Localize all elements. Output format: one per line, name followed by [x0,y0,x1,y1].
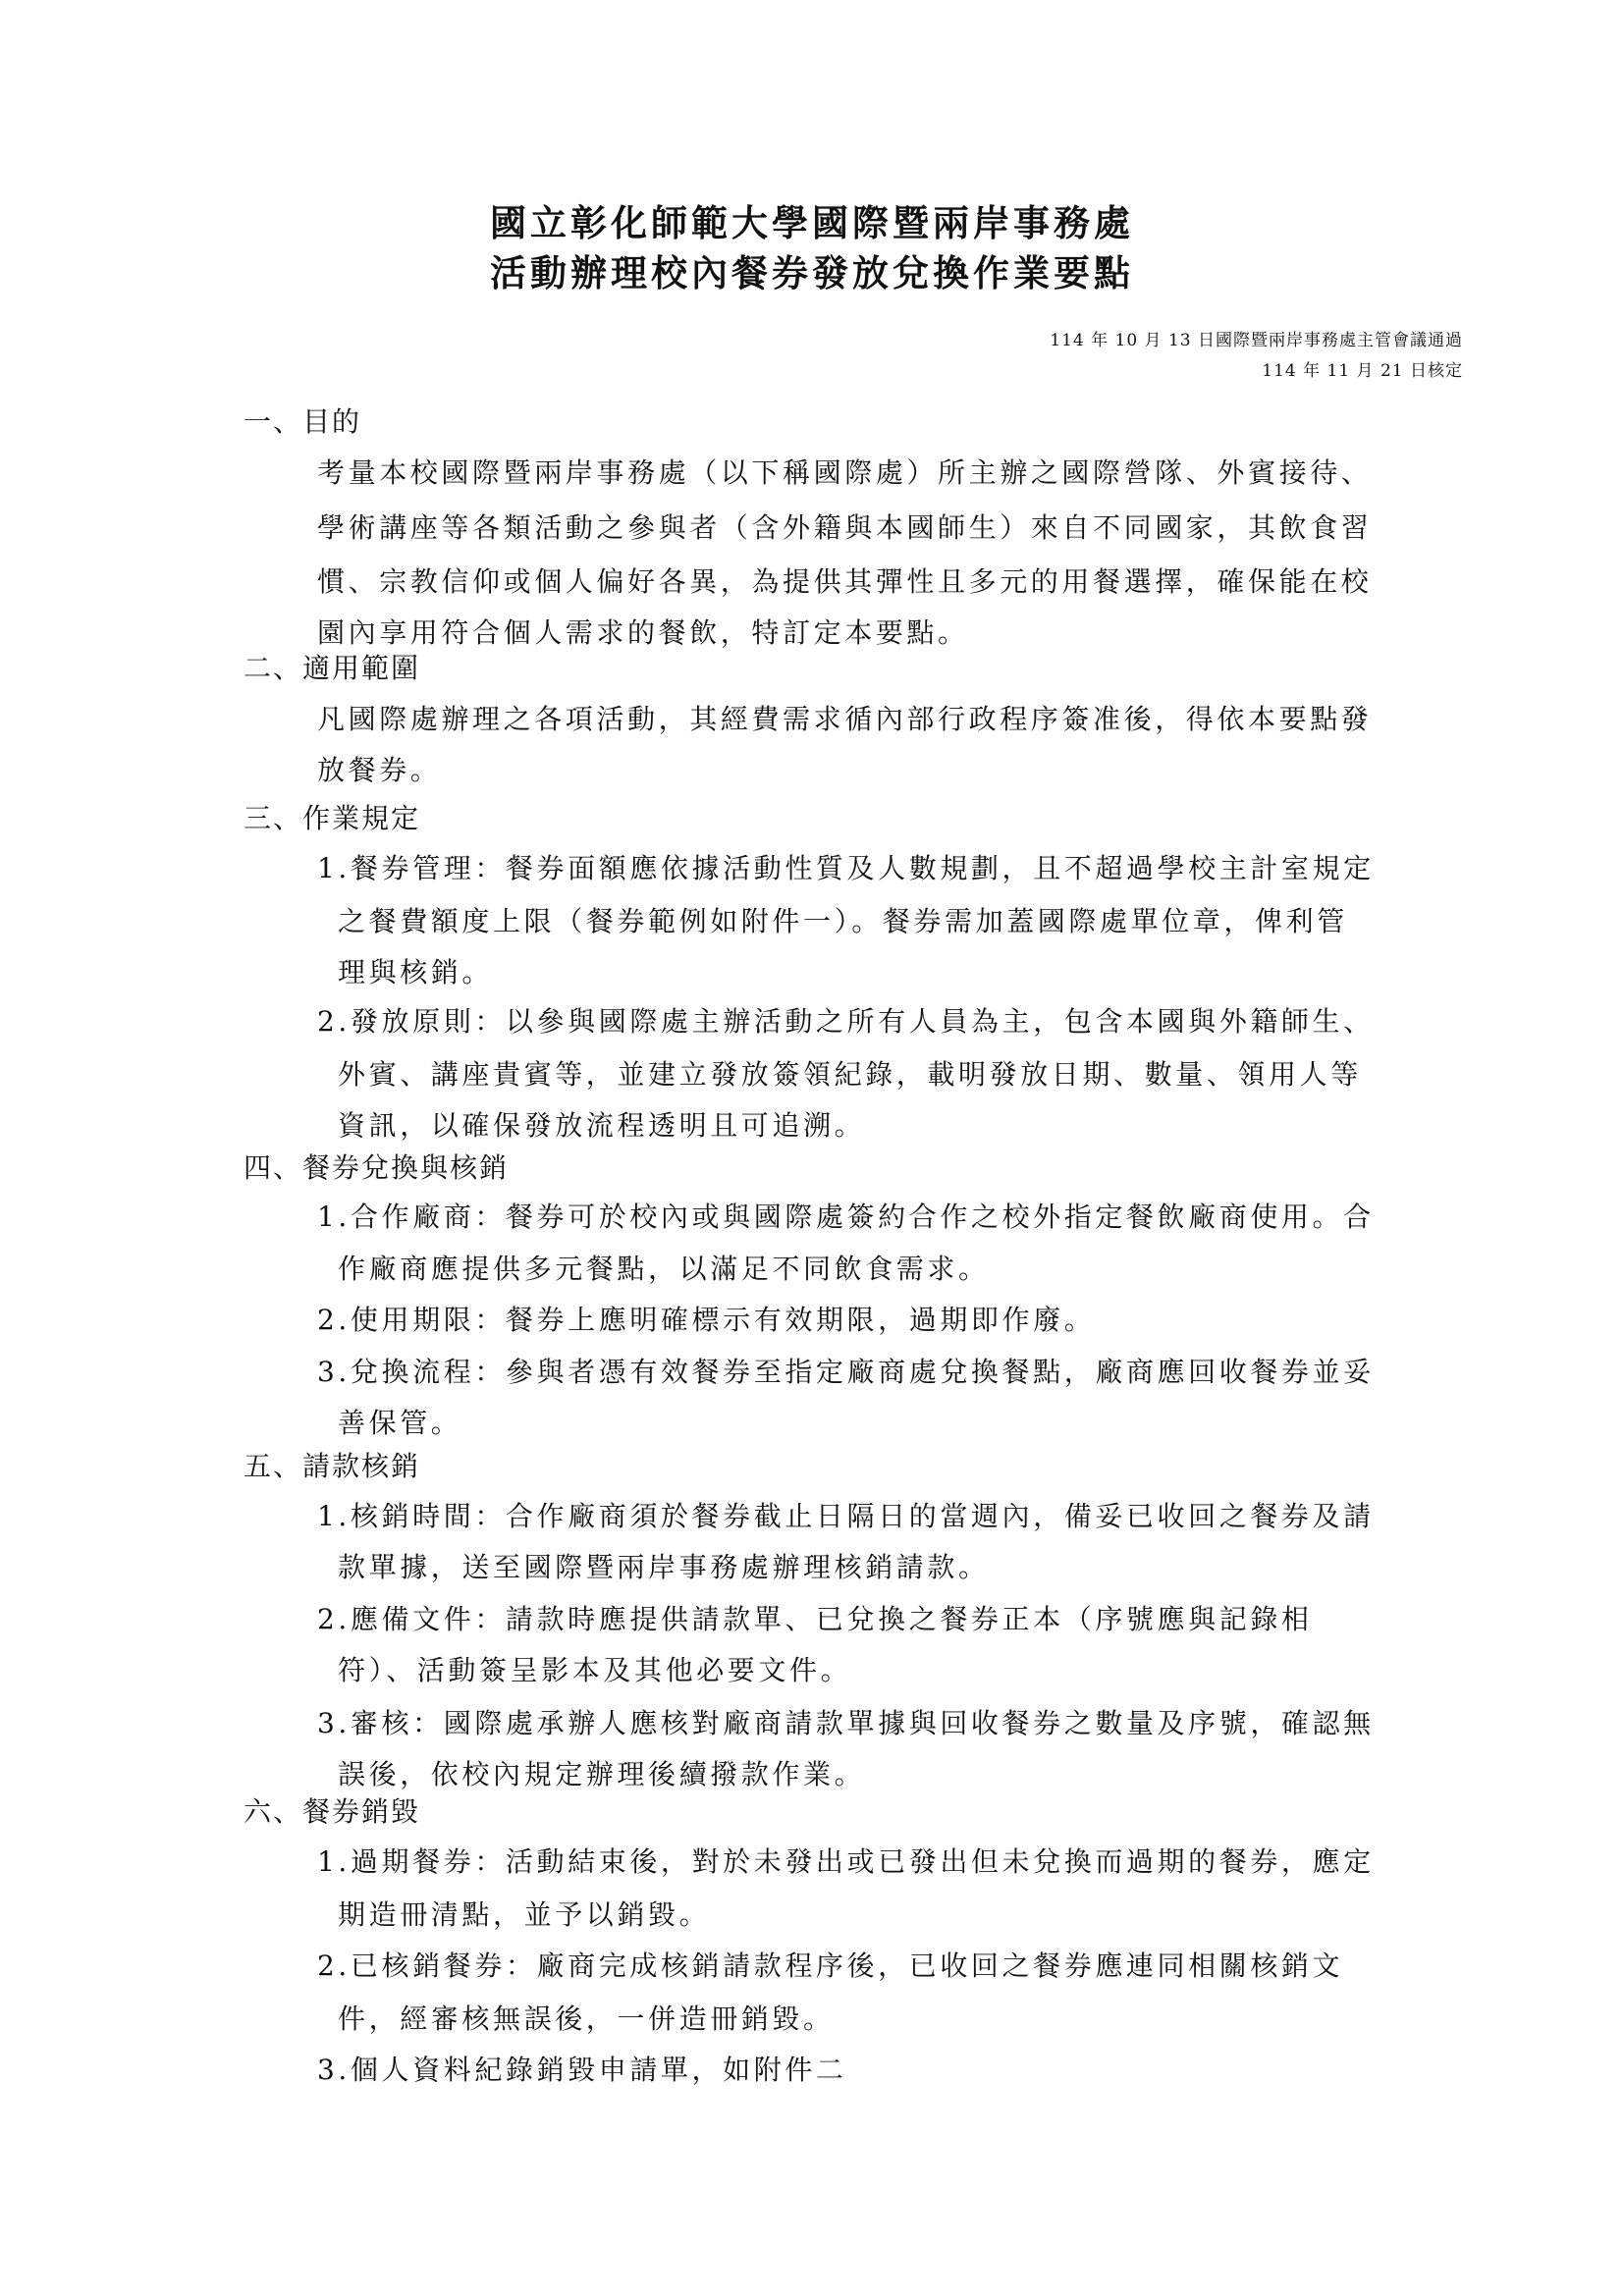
list-item-continuation: 善保管。 [338,1410,461,1437]
list-item-first-line: 3.兌換流程：參與者憑有效餐券至指定廠商處兌換餐點，廠商應回收餐券並妥 [317,1359,1375,1386]
list-item-first-line: 2.應備文件：請款時應提供請款單、已兌換之餐券正本（序號應與記錄相 [317,1606,1313,1633]
list-item-continuation: 誤後，依校內規定辦理後續撥款作業。 [338,1761,865,1789]
list-item-continuation: 理與核銷。 [338,959,493,987]
list-item-continuation: 作廠商應提供多元餐點，以滿足不同飲食需求。 [338,1255,990,1283]
section-heading-purpose: 一、目的 [244,408,361,436]
list-item-first-line: 2.發放原則：以參與國際處主辦活動之所有人員為主，包含本國與外籍師生、 [317,1008,1375,1036]
paragraph-line: 凡國際處辦理之各項活動，其經費需求循內部行政程序簽准後，得依本要點發 [317,706,1372,733]
section-heading-reimbursement: 五、請款核銷 [244,1453,420,1480]
paragraph-line: 考量本校國際暨兩岸事務處（以下稱國際處）所主辦之國際營隊、外賓接待、 [317,459,1372,487]
list-item-continuation: 符）、活動簽呈影本及其他必要文件。 [338,1657,851,1684]
list-item-continuation: 期造冊清點，並予以銷毀。 [338,1901,710,1929]
list-item-first-line: 3.審核：國際處承辦人應核對廠商請款單據與回收餐券之數量及序號，確認無 [317,1710,1375,1737]
section-heading-operations: 三、作業規定 [244,805,420,832]
list-item-continuation: 外賓、講座貴賓等，並建立發放簽領紀錄，載明發放日期、數量、領用人等 [338,1061,1362,1089]
list-item-first-line: 1.過期餐券：活動結束後，對於未發出或已發出但未兌換而過期的餐券，應定 [317,1848,1375,1876]
section-heading-scope: 二、適用範圍 [244,655,420,682]
document-title-line-1: 國立彰化師範大學國際暨兩岸事務處 [0,205,1624,241]
list-item-continuation: 件，經審核無誤後，一併造冊銷毀。 [338,2005,835,2033]
list-item-continuation: 款單據，送至國際暨兩岸事務處辦理核銷請款。 [338,1554,990,1581]
list-item-first-line: 1.核銷時間：合作廠商須於餐券截止日隔日的當週內，備妥已收回之餐券及請 [317,1503,1375,1530]
paragraph-line: 放餐券。 [317,757,441,784]
list-item-continuation: 資訊，以確保發放流程透明且可追溯。 [338,1112,865,1140]
list-item-first-line: 1.餐券管理：餐券面額應依據活動性質及人數規劃，且不超過學校主計室規定 [317,855,1375,882]
section-heading-destruction: 六、餐券銷毀 [244,1798,420,1826]
paragraph-line: 學術講座等各類活動之參與者（含外籍與本國師生）來自不同國家，其飲食習 [317,514,1372,542]
approval-date: 114 年 11 月 21 日核定 [1262,363,1463,380]
document-title-line-2: 活動辦理校內餐券發放兌換作業要點 [0,255,1624,292]
list-item-first-line: 2.已核銷餐券：廠商完成核銷請款程序後，已收回之餐券應連同相關核銷文 [317,1952,1343,1980]
paragraph-line: 慣、宗教信仰或個人偏好各異，為提供其彈性且多元的用餐選擇，確保能在校 [317,568,1372,596]
list-item-first-line: 3.個人資料紀錄銷毀申請單，如附件二 [317,2056,847,2084]
approval-meeting-date: 114 年 10 月 13 日國際暨兩岸事務處主管會議通過 [1050,333,1463,349]
paragraph-line: 園內享用符合個人需求的餐飲，特訂定本要點。 [317,619,969,647]
list-item-continuation: 之餐費額度上限（餐券範例如附件一）。餐券需加蓋國際處單位章，俾利管 [338,908,1348,935]
section-heading-exchange: 四、餐券兌換與核銷 [244,1154,509,1182]
list-item-first-line: 1.合作廠商：餐券可於校內或與國際處簽約合作之校外指定餐飲廠商使用。合 [317,1203,1375,1231]
list-item-first-line: 2.使用期限：餐券上應明確標示有效期限，過期即作廢。 [317,1307,1095,1334]
